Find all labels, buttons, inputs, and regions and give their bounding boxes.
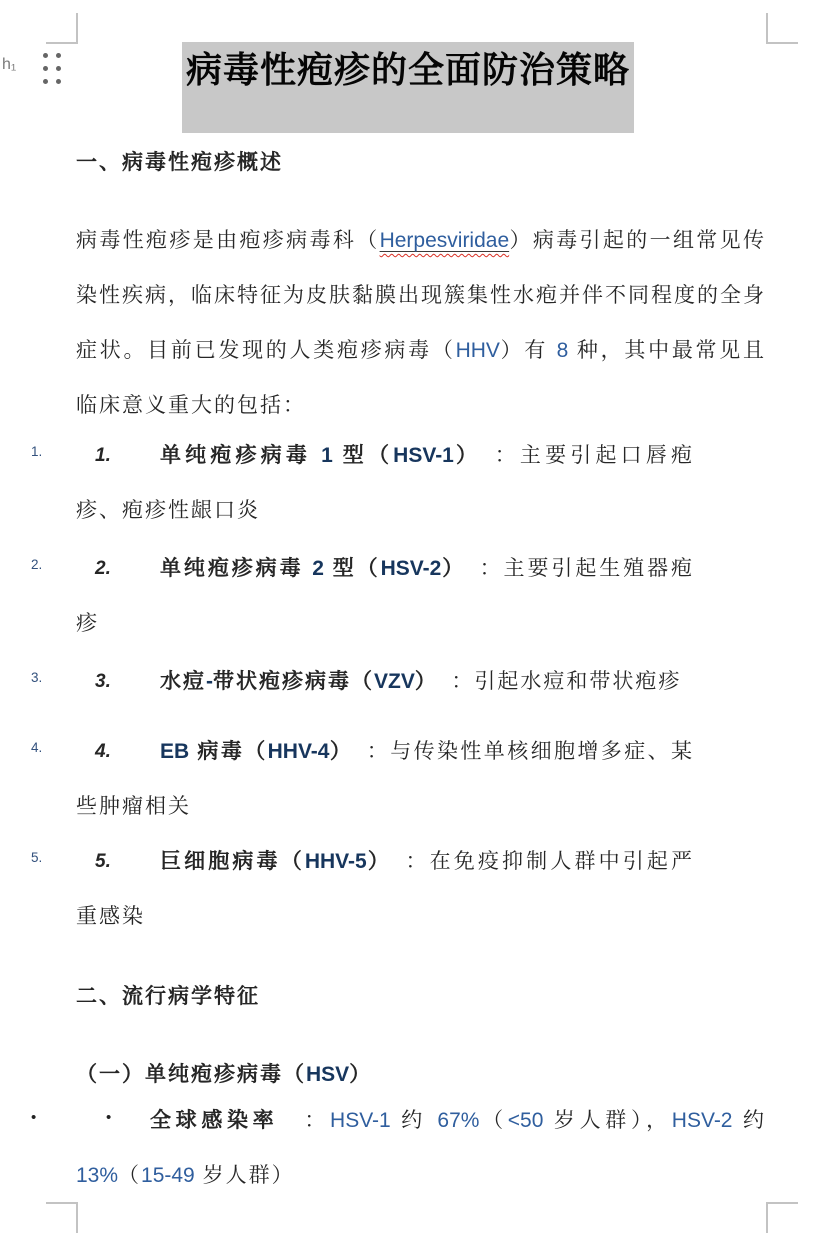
virus-name: EB 病毒（HHV-4） xyxy=(160,740,343,763)
underlined-term: Herpesviridae xyxy=(380,229,510,252)
subsection-heading: （一）单纯疱疹病毒（HSV） xyxy=(76,1058,372,1088)
virus-name: 巨细胞病毒（HHV-5） xyxy=(160,850,381,873)
virus-name: 水痘-带状疱疹病毒（VZV） xyxy=(160,670,427,693)
list-item-number: 3. xyxy=(95,670,111,694)
list-item: 4. 4. EB 病毒（HHV-4）：与传染性单核细胞增多症、某些肿瘤相关 xyxy=(76,724,694,834)
text-boundary-corner-top-right-icon xyxy=(766,13,798,44)
bullet-item: • • 全球感染率：HSV-1 约 67%（<50 岁人群），HSV-2 约 1… xyxy=(76,1093,766,1203)
list-item-margin-number: 2. xyxy=(31,556,42,574)
intro-paragraph: 病毒性疱疹是由疱疹病毒科（Herpesviridae）病毒引起的一组常见传染性疾… xyxy=(76,213,766,433)
list-item-margin-number: 3. xyxy=(31,669,42,687)
section-heading-2: 二、流行病学特征 xyxy=(76,980,260,1010)
list-item-margin-number: 1. xyxy=(31,443,42,461)
document-page: { "document": { "title": "病毒性疱疹的全面防治策略",… xyxy=(0,0,816,1250)
intro-text-post: ）病毒引起的一组常见传染性疾病，临床特征为皮肤黏膜出现簇集性水疱并伴不同程度的全… xyxy=(76,229,766,417)
list-item: 5. 5. 巨细胞病毒（HHV-5）：在免疫抑制人群中引起严重感染 xyxy=(76,834,694,944)
bullet-marker-icon: • xyxy=(106,1107,113,1129)
title-highlight-block: 病毒性疱疹的全面防治策略 xyxy=(182,42,634,133)
virus-name: 单纯疱疹病毒 1 型（HSV-1） xyxy=(160,444,471,467)
list-item-margin-number: 4. xyxy=(31,739,42,757)
intro-text-pre: 病毒性疱疹是由疱疹病毒科（ xyxy=(76,229,380,252)
underlined-term-text: Herpesviridae xyxy=(380,229,510,252)
text-boundary-corner-bottom-left-icon xyxy=(46,1202,78,1233)
list-item-number: 2. xyxy=(95,557,111,581)
page-title: 病毒性疱疹的全面防治策略 xyxy=(182,42,634,93)
list-item-number: 4. xyxy=(95,740,111,764)
list-item: 3. 3. 水痘-带状疱疹病毒（VZV）：引起水痘和带状疱疹 xyxy=(76,654,766,709)
drag-handle-icon[interactable] xyxy=(43,53,61,84)
list-item-number: 5. xyxy=(95,850,111,874)
list-item: 1. 1. 单纯疱疹病毒 1 型（HSV-1）：主要引起口唇疱疹、疱疹性龈口炎 xyxy=(76,428,694,538)
virus-name: 单纯疱疹病毒 2 型（HSV-2） xyxy=(160,557,456,580)
section-heading-1: 一、病毒性疱疹概述 xyxy=(76,146,283,176)
heading-level-icon[interactable]: h₁ xyxy=(2,57,16,73)
list-item: 2. 2. 单纯疱疹病毒 2 型（HSV-2）：主要引起生殖器疱疹 xyxy=(76,541,694,651)
text-boundary-corner-bottom-right-icon xyxy=(766,1202,798,1233)
list-item-margin-number: 5. xyxy=(31,849,42,867)
list-item-number: 1. xyxy=(95,444,111,468)
bullet-margin-marker-icon: • xyxy=(31,1107,38,1129)
text-boundary-corner-top-left-icon xyxy=(46,13,78,44)
bullet-term: 全球感染率 xyxy=(150,1109,278,1132)
virus-description: ：引起水痘和带状疱疹 xyxy=(451,670,681,693)
